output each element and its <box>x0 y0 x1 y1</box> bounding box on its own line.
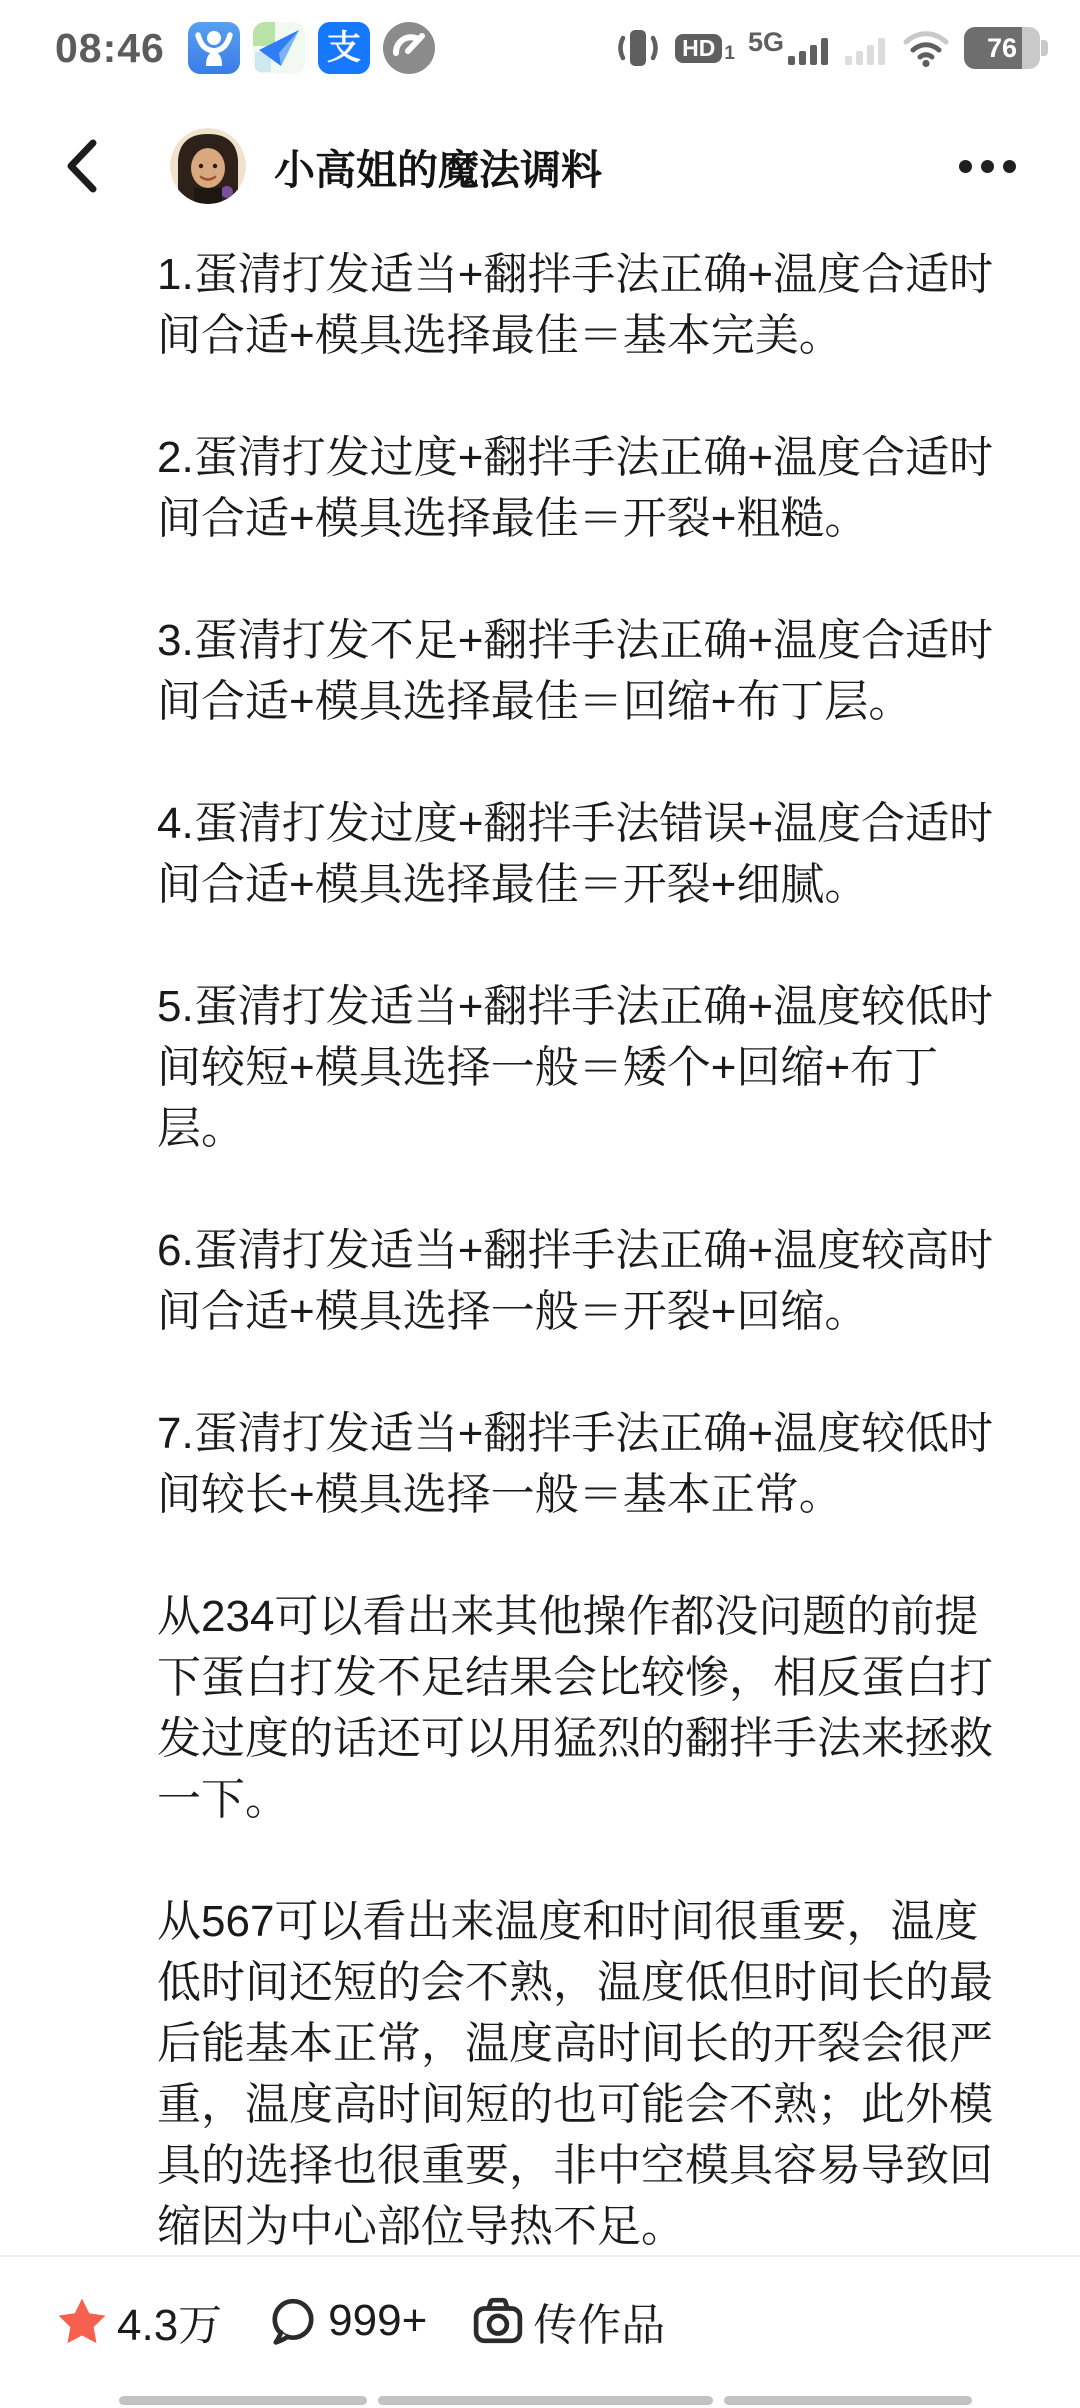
content-paragraph: 6.蛋清打发适当+翻拌手法正确+温度较高时间合适+模具选择一般＝开裂+回缩。 <box>157 1220 994 1342</box>
battery-icon: 76 <box>964 27 1040 69</box>
ellipsis-icon <box>959 160 972 173</box>
avatar[interactable] <box>170 128 246 204</box>
alipay-glyph: 支 <box>327 31 361 65</box>
comment-button[interactable]: 999+ <box>268 2296 427 2346</box>
hd-sim-index: 1 <box>724 44 735 63</box>
content-paragraph: 3.蛋清打发不足+翻拌手法正确+温度合适时间合适+模具选择最佳＝回缩+布丁层。 <box>157 610 994 732</box>
wifi-icon <box>901 27 951 69</box>
more-options-button[interactable] <box>959 150 1016 183</box>
cheer-person-app-icon <box>188 22 240 74</box>
cellular-signal-5g-icon: 5G <box>748 30 831 66</box>
article-body: 1.蛋清打发适当+翻拌手法正确+温度合适时间合适+模具选择最佳＝基本完美。2.蛋… <box>0 236 1080 2257</box>
battery-percent: 76 <box>987 33 1017 64</box>
signal-bars-secondary-icon <box>844 30 888 66</box>
alipay-app-icon: 支 <box>318 22 370 74</box>
chevron-left-icon <box>62 138 100 194</box>
back-button[interactable] <box>62 138 100 194</box>
card-edge <box>119 2396 367 2405</box>
content-paragraph: 5.蛋清打发适当+翻拌手法正确+温度较低时间较短+模具选择一般＝矮个+回缩+布丁… <box>157 976 994 1159</box>
speedometer-app-icon <box>383 22 435 74</box>
comment-bubble-icon <box>268 2296 318 2346</box>
content-paragraph: 4.蛋清打发过度+翻拌手法错误+温度合适时间合适+模具选择最佳＝开裂+细腻。 <box>157 793 994 915</box>
camera-icon <box>473 2297 523 2345</box>
card-edge <box>378 2396 713 2405</box>
paper-plane-app-icon <box>253 22 305 74</box>
content-paragraph: 从567可以看出来温度和时间很重要，温度低时间还短的会不熟，温度低但时间长的最后… <box>157 1891 994 2257</box>
like-button[interactable]: 4.3万 <box>57 2289 222 2353</box>
content-paragraph: 7.蛋清打发适当+翻拌手法正确+温度较低时间较长+模具选择一般＝基本正常。 <box>157 1403 994 1525</box>
bottom-action-bar: 4.3万 999+ 传作品 <box>0 2255 1080 2408</box>
comment-count: 999+ <box>328 2296 427 2346</box>
content-paragraph: 2.蛋清打发过度+翻拌手法正确+温度合适时间合适+模具选择最佳＝开裂+粗糙。 <box>157 427 994 549</box>
card-edge <box>724 2396 972 2405</box>
star-icon <box>57 2296 107 2346</box>
upload-work-label: 传作品 <box>533 2289 665 2353</box>
content-paragraph: 1.蛋清打发适当+翻拌手法正确+温度合适时间合适+模具选择最佳＝基本完美。 <box>157 244 994 366</box>
content-paragraph: 从234可以看出来其他操作都没问题的前提下蛋白打发不足结果会比较惨，相反蛋白打发… <box>157 1586 994 1830</box>
status-bar: 08:46 支 <box>0 0 1080 96</box>
upload-work-button[interactable]: 传作品 <box>473 2289 665 2353</box>
peeking-card-edges <box>0 2395 1080 2405</box>
notification-app-icons: 支 <box>188 22 435 74</box>
vibration-icon <box>614 25 662 71</box>
like-count: 4.3万 <box>117 2289 222 2353</box>
volte-hd-icon: HD 1 <box>675 34 735 63</box>
status-right-cluster: HD 1 5G <box>614 25 1040 71</box>
signal-bars-primary-icon <box>787 30 831 66</box>
page-title: 小高姐的魔法调料 <box>274 137 602 196</box>
nav-bar: 小高姐的魔法调料 <box>0 96 1080 236</box>
status-time: 08:46 <box>55 25 165 72</box>
network-type-label: 5G <box>748 30 784 54</box>
app-screen: 08:46 支 <box>0 0 1080 2408</box>
hd-badge: HD <box>675 34 722 63</box>
